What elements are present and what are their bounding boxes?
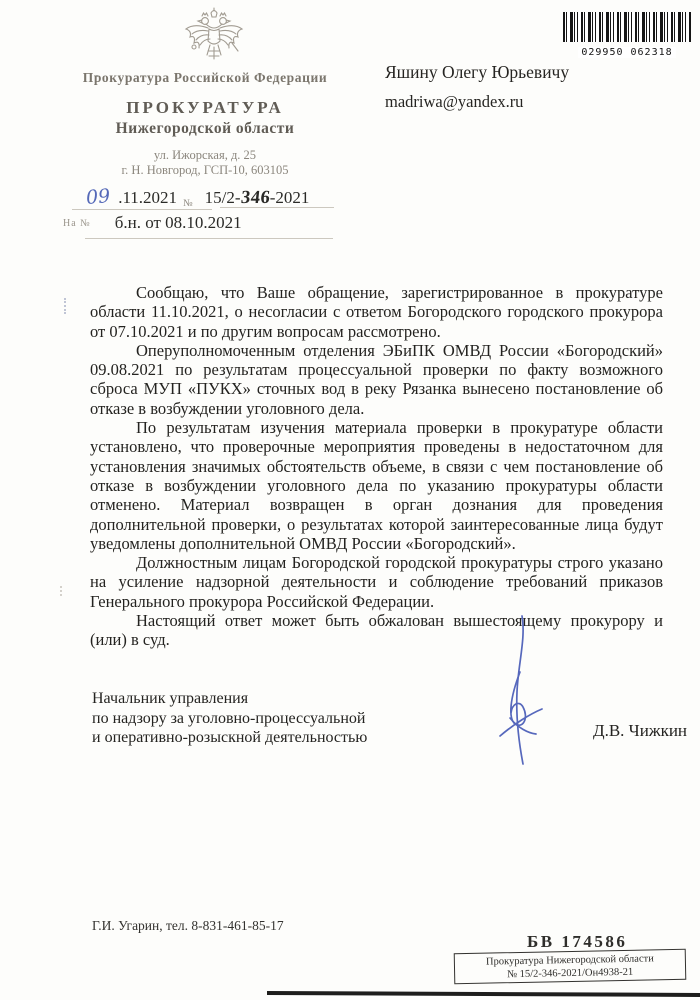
number-underline (220, 207, 334, 208)
letterhead-org-name: ПРОКУРАТУРА (55, 98, 355, 118)
stamp-series-number: БВ 174586 (527, 932, 627, 952)
reference-label: На № (63, 218, 91, 229)
reference-line: На №б.н. от 08.10.2021 (63, 213, 242, 233)
doc-number-suffix: -2021 (270, 188, 310, 207)
scan-artifact (96, 75, 98, 77)
handwritten-signature-icon (492, 610, 554, 772)
scan-artifact (267, 991, 700, 997)
date-underline (72, 209, 212, 210)
signer-position-line1: Начальник управления (92, 689, 367, 709)
registration-stamp: Прокуратура Нижегородской области № 15/2… (454, 949, 687, 984)
paragraph-2: Оперуполномоченным отделения ЭБиПК ОМВД … (90, 341, 663, 418)
barcode-bars (563, 12, 691, 42)
recipient-name: Яшину Олегу Юрьевичу (385, 62, 569, 83)
signer-position-line3: и оперативно-розыскной деятельностью (92, 728, 367, 748)
letterhead-address-city: г. Н. Новгород, ГСП-10, 603105 (55, 163, 355, 178)
number-sign: № (183, 198, 193, 209)
scan-artifact (60, 586, 62, 596)
scanned-letter-page: Прокуратура Российской Федерации ПРОКУРА… (0, 0, 700, 1000)
outgoing-date-number-line: 09.11.2021№15/2-346-2021 (72, 186, 309, 209)
reference-value: б.н. от 08.10.2021 (115, 213, 242, 232)
letterhead-address-street: ул. Ижорская, д. 25 (55, 148, 355, 163)
printed-date: .11.2021 (118, 188, 177, 207)
handwritten-doc-number: 346 (239, 188, 270, 209)
recipient-email: madriwa@yandex.ru (385, 92, 523, 112)
letterhead-org-region: Нижегородской области (55, 120, 355, 138)
paragraph-1: Сообщаю, что Ваше обращение, зарегистрир… (90, 283, 663, 341)
barcode-icon: 029950 062318 (563, 12, 691, 54)
barcode-digits: 029950 062318 (578, 47, 675, 58)
letter-body: Сообщаю, что Ваше обращение, зарегистрир… (90, 283, 663, 650)
letterhead-federal-line: Прокуратура Российской Федерации (55, 70, 355, 86)
paragraph-5: Настоящий ответ может быть обжалован выш… (90, 611, 663, 650)
signer-position-line2: по надзору за уголовно-процессуальной (92, 709, 367, 729)
scan-artifact (64, 298, 66, 314)
reference-underline (85, 238, 333, 239)
executor-contact: Г.И. Угарин, тел. 8-831-461-85-17 (92, 918, 284, 934)
coat-of-arms-icon (182, 7, 246, 69)
handwritten-date-day: 09 (85, 185, 111, 209)
signer-name: Д.В. Чижкин (593, 721, 687, 741)
doc-number-prefix: 15/2- (205, 188, 241, 207)
paragraph-3: По результатам изучения материала провер… (90, 418, 663, 553)
paragraph-4: Должностным лицам Богородской городской … (90, 553, 663, 611)
signer-position: Начальник управления по надзору за уголо… (92, 689, 367, 748)
